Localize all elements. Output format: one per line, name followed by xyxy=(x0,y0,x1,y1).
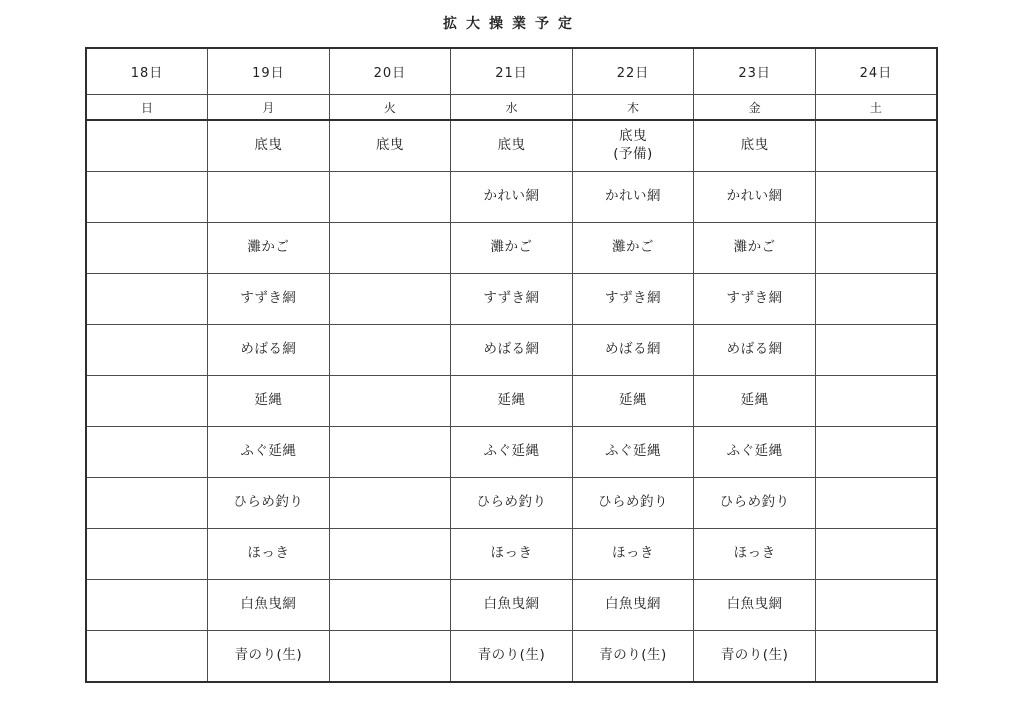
schedule-cell xyxy=(329,376,451,427)
schedule-cell: 灘かご xyxy=(694,223,816,274)
schedule-cell: 延縄 xyxy=(451,376,573,427)
table-row: 白魚曳網白魚曳網白魚曳網白魚曳網 xyxy=(86,580,937,631)
table-row: すずき網すずき網すずき網すずき網 xyxy=(86,274,937,325)
schedule-cell xyxy=(329,580,451,631)
schedule-cell: ほっき xyxy=(572,529,694,580)
schedule-cell: ひらめ釣り xyxy=(451,478,573,529)
table-row: ふぐ延縄ふぐ延縄ふぐ延縄ふぐ延縄 xyxy=(86,427,937,478)
schedule-cell xyxy=(815,274,937,325)
schedule-cell: ふぐ延縄 xyxy=(694,427,816,478)
schedule-cell: めばる網 xyxy=(694,325,816,376)
weekday-header-cell: 土 xyxy=(815,95,937,121)
schedule-cell: 青のり(生) xyxy=(451,631,573,683)
schedule-cell xyxy=(329,325,451,376)
table-row: めばる網めばる網めばる網めばる網 xyxy=(86,325,937,376)
schedule-cell xyxy=(329,223,451,274)
table-row: ひらめ釣りひらめ釣りひらめ釣りひらめ釣り xyxy=(86,478,937,529)
weekday-header-row: 日月火水木金土 xyxy=(86,95,937,121)
schedule-cell xyxy=(815,631,937,683)
date-header-cell: 22日 xyxy=(572,48,694,95)
schedule-cell xyxy=(86,427,208,478)
date-header-cell: 21日 xyxy=(451,48,573,95)
schedule-cell: すずき網 xyxy=(694,274,816,325)
weekday-header-cell: 火 xyxy=(329,95,451,121)
schedule-cell: かれい網 xyxy=(451,172,573,223)
weekday-header-cell: 水 xyxy=(451,95,573,121)
schedule-cell xyxy=(815,580,937,631)
date-header-cell: 24日 xyxy=(815,48,937,95)
schedule-cell xyxy=(86,631,208,683)
schedule-cell xyxy=(815,223,937,274)
schedule-cell xyxy=(86,223,208,274)
schedule-cell: ひらめ釣り xyxy=(694,478,816,529)
schedule-cell: ひらめ釣り xyxy=(572,478,694,529)
schedule-cell: 延縄 xyxy=(572,376,694,427)
schedule-cell xyxy=(86,120,208,172)
schedule-cell: 白魚曳網 xyxy=(208,580,330,631)
table-row: 底曳底曳底曳底曳 (予備)底曳 xyxy=(86,120,937,172)
table-header: 18日19日20日21日22日23日24日日月火水木金土 xyxy=(86,48,937,120)
weekday-header-cell: 木 xyxy=(572,95,694,121)
weekday-header-cell: 金 xyxy=(694,95,816,121)
schedule-cell xyxy=(815,376,937,427)
schedule-cell: 白魚曳網 xyxy=(694,580,816,631)
schedule-cell xyxy=(815,325,937,376)
date-header-row: 18日19日20日21日22日23日24日 xyxy=(86,48,937,95)
table-row: 延縄延縄延縄延縄 xyxy=(86,376,937,427)
schedule-cell xyxy=(86,529,208,580)
page-title: 拡大操業予定 xyxy=(0,13,1024,33)
table-row: 青のり(生)青のり(生)青のり(生)青のり(生) xyxy=(86,631,937,683)
schedule-cell xyxy=(815,120,937,172)
schedule-cell: 底曳 xyxy=(208,120,330,172)
schedule-cell xyxy=(86,274,208,325)
schedule-cell: かれい網 xyxy=(572,172,694,223)
schedule-cell: ふぐ延縄 xyxy=(572,427,694,478)
schedule-cell: 延縄 xyxy=(208,376,330,427)
schedule-cell xyxy=(329,478,451,529)
table-row: 灘かご灘かご灘かご灘かご xyxy=(86,223,937,274)
table-row: ほっきほっきほっきほっき xyxy=(86,529,937,580)
schedule-cell: 灘かご xyxy=(572,223,694,274)
schedule-cell: 底曳 xyxy=(329,120,451,172)
table-body: 底曳底曳底曳底曳 (予備)底曳かれい網かれい網かれい網灘かご灘かご灘かご灘かごす… xyxy=(86,120,937,682)
schedule-cell: めばる網 xyxy=(208,325,330,376)
schedule-cell: めばる網 xyxy=(451,325,573,376)
schedule-cell: 底曳 (予備) xyxy=(572,120,694,172)
weekday-header-cell: 日 xyxy=(86,95,208,121)
schedule-cell xyxy=(86,478,208,529)
schedule-cell: めばる網 xyxy=(572,325,694,376)
schedule-cell xyxy=(815,427,937,478)
schedule-cell: 灘かご xyxy=(451,223,573,274)
schedule-cell xyxy=(329,172,451,223)
schedule-cell: ほっき xyxy=(694,529,816,580)
schedule-cell: 灘かご xyxy=(208,223,330,274)
date-header-cell: 18日 xyxy=(86,48,208,95)
schedule-cell xyxy=(86,580,208,631)
schedule-cell xyxy=(86,325,208,376)
schedule-cell: かれい網 xyxy=(694,172,816,223)
schedule-cell: ふぐ延縄 xyxy=(208,427,330,478)
schedule-cell xyxy=(329,631,451,683)
schedule-cell: ほっき xyxy=(208,529,330,580)
schedule-cell: ふぐ延縄 xyxy=(451,427,573,478)
schedule-cell: すずき網 xyxy=(208,274,330,325)
schedule-cell xyxy=(86,376,208,427)
schedule-cell: 延縄 xyxy=(694,376,816,427)
schedule-cell: すずき網 xyxy=(451,274,573,325)
date-header-cell: 23日 xyxy=(694,48,816,95)
schedule-cell: 青のり(生) xyxy=(572,631,694,683)
table-row: かれい網かれい網かれい網 xyxy=(86,172,937,223)
schedule-cell xyxy=(329,274,451,325)
schedule-cell: 白魚曳網 xyxy=(572,580,694,631)
date-header-cell: 19日 xyxy=(208,48,330,95)
date-header-cell: 20日 xyxy=(329,48,451,95)
schedule-cell: 底曳 xyxy=(694,120,816,172)
schedule-cell xyxy=(815,172,937,223)
schedule-cell xyxy=(208,172,330,223)
schedule-cell: 青のり(生) xyxy=(208,631,330,683)
schedule-cell: ひらめ釣り xyxy=(208,478,330,529)
schedule-cell: 白魚曳網 xyxy=(451,580,573,631)
schedule-table: 18日19日20日21日22日23日24日日月火水木金土 底曳底曳底曳底曳 (予… xyxy=(85,47,938,683)
schedule-cell xyxy=(815,478,937,529)
schedule-cell: すずき網 xyxy=(572,274,694,325)
schedule-cell xyxy=(329,427,451,478)
weekday-header-cell: 月 xyxy=(208,95,330,121)
schedule-cell: ほっき xyxy=(451,529,573,580)
schedule-cell xyxy=(86,172,208,223)
schedule-cell xyxy=(815,529,937,580)
schedule-cell: 青のり(生) xyxy=(694,631,816,683)
schedule-cell xyxy=(329,529,451,580)
schedule-cell: 底曳 xyxy=(451,120,573,172)
